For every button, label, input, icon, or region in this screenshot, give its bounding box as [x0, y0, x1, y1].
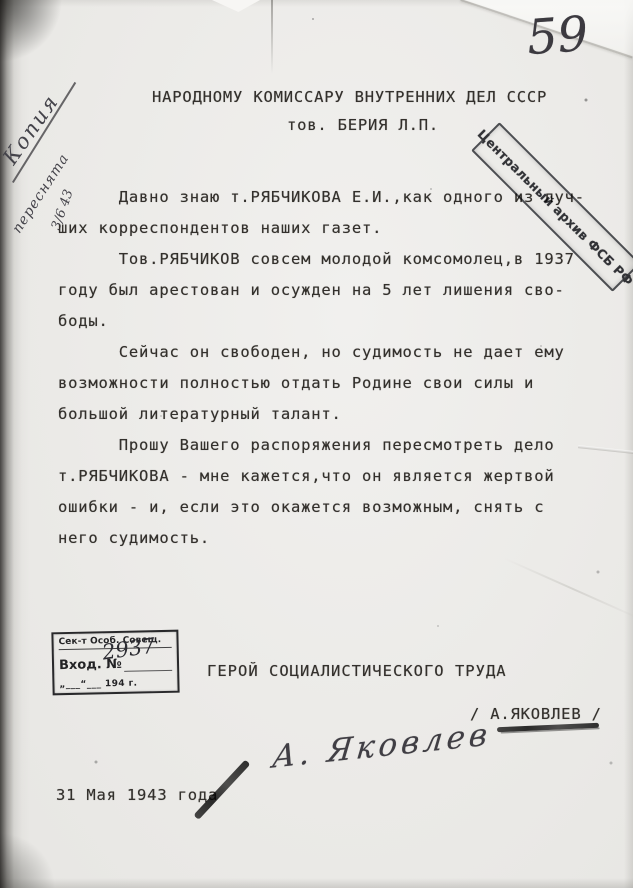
- document-page: 59 Копия переснята 3/6 43 НАРОДНОМУ КОМИ…: [0, 0, 633, 888]
- bottom-right-crease: [504, 558, 633, 621]
- handwritten-signature: А. Яковлев: [271, 716, 493, 776]
- recipient-line-1: НАРОДНОМУ КОМИССАРУ ВНУТРЕННИХ ДЕЛ СССР: [152, 88, 547, 107]
- pencil-underline: [497, 723, 599, 732]
- edge-tear: [578, 445, 633, 454]
- signoff-title: ГЕРОЙ СОЦИАЛИСТИЧЕСКОГО ТРУДА: [207, 662, 507, 681]
- vertical-crease: [271, 0, 273, 74]
- paper-specks: [0, 0, 2, 2]
- entry-stamp-date-line: „___“___ 194 г.: [59, 678, 172, 690]
- recipient-line-2: тов. БЕРИЯ Л.П.: [287, 116, 439, 135]
- paper-notch: [212, 0, 260, 12]
- letter-body: Давно знаю т.РЯБЧИКОВА Е.И.,как одного и…: [58, 182, 585, 554]
- date-line: 31 Мая 1943 года: [56, 786, 218, 805]
- page-number-annotation: 59: [525, 10, 589, 62]
